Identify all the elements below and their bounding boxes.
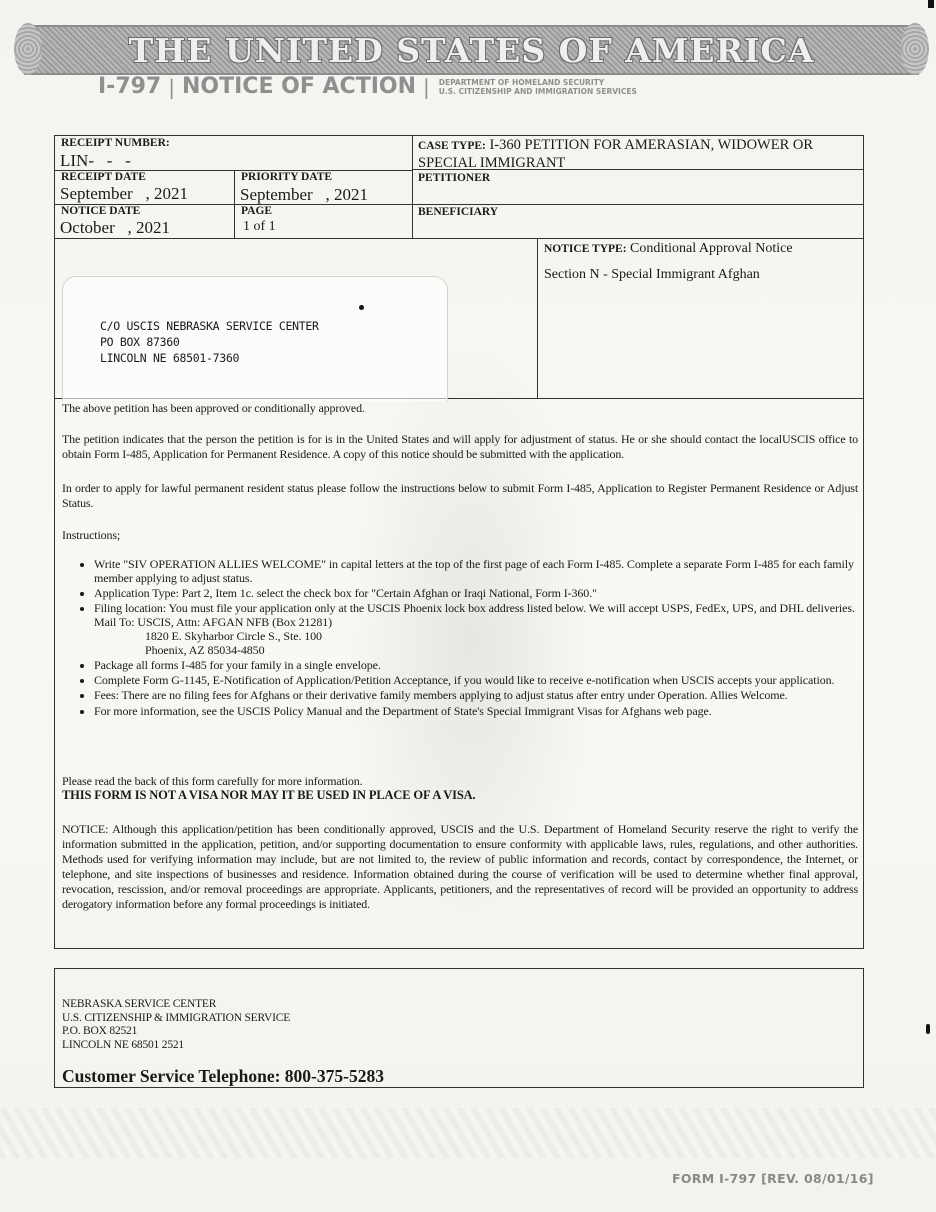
receipt-number-label: RECEIPT NUMBER: [61, 137, 170, 149]
verification-notice: NOTICE: Although this application/petiti… [62, 822, 858, 912]
case-type: CASE TYPE: I-360 PETITION FOR AMERASIAN,… [418, 137, 858, 172]
receipt-date: September , 2021 [60, 184, 188, 204]
form-header: I-797 | NOTICE OF ACTION | DEPARTMENT OF… [98, 74, 637, 99]
instruction-item: Write "SIV OPERATION ALLIES WELCOME" in … [94, 557, 874, 585]
notice-date-label: NOTICE DATE [61, 205, 140, 217]
case-type-label: CASE TYPE: [418, 140, 486, 152]
notice-section: Section N - Special Immigrant Afghan [544, 267, 760, 283]
instruction-text: Filing location: You must file your appl… [94, 601, 855, 615]
priority-date-label: PRIORITY DATE [241, 171, 332, 183]
notice-date: October , 2021 [60, 218, 170, 238]
not-a-visa-warning: THIS FORM IS NOT A VISA NOR MAY IT BE US… [62, 788, 858, 803]
country-banner: THE UNITED STATES OF AMERICA [24, 25, 919, 75]
grid-divider [54, 238, 863, 239]
form-revision: FORM I-797 [REV. 08/01/16] [672, 1171, 874, 1186]
instruction-item: Filing location: You must file your appl… [94, 601, 874, 657]
beneficiary-label: BENEFICIARY [418, 206, 498, 218]
instructions-label: Instructions; [62, 528, 858, 543]
rosette-left-icon [14, 23, 42, 75]
grid-divider [234, 170, 235, 239]
security-border [0, 1108, 936, 1158]
approval-statement: The above petition has been approved or … [62, 401, 858, 416]
receipt-number: LIN- - - [60, 151, 131, 171]
mail-to-line: Mail To: USCIS, Attn: AFGAN NFB (Box 212… [94, 615, 874, 629]
petitioner-label: PETITIONER [418, 172, 490, 184]
service-center-address: NEBRASKA SERVICE CENTER U.S. CITIZENSHIP… [62, 998, 290, 1052]
receipt-date-label: RECEIPT DATE [61, 171, 146, 183]
instruction-item: For more information, see the USCIS Poli… [94, 704, 874, 718]
address-line: PO BOX 87360 [100, 334, 319, 350]
dept-line-2: U.S. CITIZENSHIP AND IMMIGRATION SERVICE… [439, 87, 637, 96]
instruction-item: Complete Form G-1145, E-Notification of … [94, 673, 874, 687]
adjustment-paragraph: The petition indicates that the person t… [62, 432, 858, 461]
instructions-list: Write "SIV OPERATION ALLIES WELCOME" in … [62, 557, 874, 719]
bullet-mark-icon [359, 305, 364, 310]
grid-divider [412, 135, 413, 239]
priority-date: September , 2021 [240, 185, 368, 205]
banner-text: THE UNITED STATES OF AMERICA [129, 31, 815, 70]
address-line: LINCOLN NE 68501-7360 [100, 350, 319, 366]
office-line: LINCOLN NE 68501 2521 [62, 1039, 290, 1053]
office-line: NEBRASKA SERVICE CENTER [62, 998, 290, 1012]
separator: | [168, 75, 175, 99]
mailing-address: C/O USCIS NEBRASKA SERVICE CENTER PO BOX… [100, 318, 319, 366]
instruction-item: Package all forms I-485 for your family … [94, 658, 874, 672]
grid-divider [537, 238, 538, 398]
mail-to-line: Phoenix, AZ 85034-4850 [145, 643, 874, 657]
department-name: DEPARTMENT OF HOMELAND SECURITY U.S. CIT… [439, 78, 637, 96]
page-number: 1 of 1 [243, 219, 276, 235]
read-back-note: Please read the back of this form carefu… [62, 774, 858, 789]
notice-type: NOTICE TYPE: Conditional Approval Notice [544, 241, 793, 257]
office-line: P.O. BOX 82521 [62, 1025, 290, 1039]
rosette-right-icon [901, 23, 929, 75]
mail-to-address: Mail To: USCIS, Attn: AFGAN NFB (Box 212… [94, 615, 874, 657]
notice-title: NOTICE OF ACTION [182, 74, 416, 99]
customer-service-phone: Customer Service Telephone: 800-375-5283 [62, 1066, 384, 1087]
notice-type-value: Conditional Approval Notice [630, 241, 793, 256]
office-line: U.S. CITIZENSHIP & IMMIGRATION SERVICE [62, 1012, 290, 1026]
scan-mark [926, 1024, 930, 1034]
grid-divider [54, 204, 863, 205]
dept-line-1: DEPARTMENT OF HOMELAND SECURITY [439, 78, 604, 87]
instruction-item: Application Type: Part 2, Item 1c. selec… [94, 586, 874, 600]
page-label: PAGE [241, 205, 272, 217]
mail-to-line: 1820 E. Skyharbor Circle S., Ste. 100 [145, 629, 874, 643]
scan-mark [928, 0, 934, 8]
notice-type-label: NOTICE TYPE: [544, 243, 627, 255]
instruction-item: Fees: There are no filing fees for Afgha… [94, 688, 874, 702]
separator: | [423, 75, 430, 99]
address-line: C/O USCIS NEBRASKA SERVICE CENTER [100, 318, 319, 334]
form-id: I-797 [98, 74, 161, 99]
instructions-intro: In order to apply for lawful permanent r… [62, 481, 858, 510]
